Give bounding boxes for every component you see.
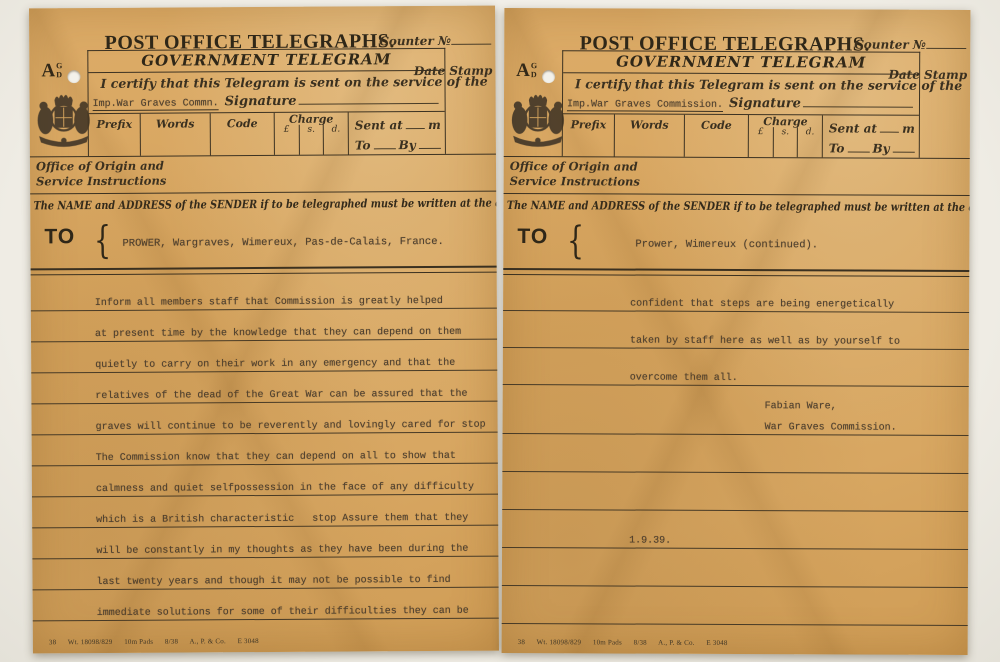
office-line-2: Service Instructions	[510, 174, 970, 191]
telegram-page-2: POST OFFICE TELEGRAPHS. Counter № A G D	[502, 8, 971, 655]
prefix-cell: Prefix	[89, 114, 141, 156]
form-code-bottom: D	[531, 71, 537, 80]
message-line	[502, 434, 968, 474]
message-line-text: at present time by the knowledge that th…	[95, 327, 461, 340]
message-line: Inform all members staff that Commission…	[31, 273, 497, 312]
message-line: taken by staff here as well as by yourse…	[503, 311, 969, 350]
message-line	[502, 586, 968, 626]
signature-line	[803, 92, 913, 108]
message-line-text: War Graves Commission.	[765, 422, 897, 434]
office-line-2: Service Instructions	[36, 172, 496, 190]
sent-at-row: Sent at m	[829, 117, 915, 136]
sender-notice-text: The NAME and ADDRESS of the SENDER if to…	[30, 192, 496, 213]
message-line-text: will be constantly in my thoughts as the…	[96, 544, 468, 557]
message-line: graves will continue to be reverently an…	[31, 402, 497, 436]
pounds-label: £	[275, 125, 300, 155]
code-cell: Code	[685, 115, 749, 157]
code-label: Code	[701, 119, 732, 132]
to-line	[847, 137, 869, 152]
to-section: TO { Prower, Wimereux (continued).	[503, 216, 969, 270]
royal-coat-of-arms-icon	[508, 90, 568, 154]
service-of-line: Imp.War Graves Commission. Signature	[563, 91, 919, 115]
charge-subcolumns: £ s. d.	[275, 125, 348, 155]
message-line: overcome them all.	[503, 348, 969, 387]
by-line	[419, 134, 441, 150]
message-line-text: Inform all members staff that Commission…	[95, 296, 443, 309]
certify-line: I certify that this Telegram is sent on …	[88, 71, 444, 91]
office-of-origin-block: Office of Origin and Service Instruction…	[504, 157, 970, 196]
form-header: POST OFFICE TELEGRAPHS. Counter № A G D	[29, 6, 496, 158]
sent-cell: Sent at m To By	[823, 116, 919, 158]
message-line: relatives of the dead of the Great War c…	[31, 371, 497, 405]
charges-table: Prefix Words Code Charge £ s. d.	[563, 114, 919, 158]
recipient-address: Prower, Wimereux (continued).	[635, 239, 818, 252]
message-line: which is a British characteristic stop A…	[32, 495, 498, 529]
message-line: The Commission know that they can depend…	[32, 433, 498, 467]
punch-hole	[67, 70, 80, 83]
message-line-text: calmness and quiet selfpossession in the…	[96, 482, 474, 495]
signature-label: Signature	[225, 94, 297, 109]
counter-no-line	[926, 37, 966, 49]
message-line: Fabian Ware,	[503, 385, 969, 414]
message-line	[502, 548, 968, 588]
print-code-footer: 38 Wt. 18098/829 10m Pads 8/38 A., P. & …	[518, 638, 728, 647]
brace-glyph: {	[94, 218, 111, 262]
sent-at-label: Sent at	[829, 121, 877, 135]
charge-cell: Charge £ s. d.	[275, 113, 349, 155]
prefix-cell: Prefix	[563, 115, 615, 157]
prefix-label: Prefix	[96, 118, 132, 131]
sent-m-label: m	[902, 122, 915, 136]
message-line-text: last twenty years and though it may not …	[97, 575, 451, 588]
sender-notice: The NAME and ADDRESS of the SENDER if to…	[30, 192, 496, 217]
prefix-label: Prefix	[571, 119, 607, 132]
message-line: last twenty years and though it may not …	[32, 557, 498, 591]
form-code-stack: G D	[56, 62, 62, 80]
counter-no-field: Counter №	[854, 37, 966, 52]
message-line: 1.9.39.	[502, 510, 968, 550]
message-line-text: 1.9.39.	[629, 536, 671, 547]
message-line: confident that steps are being energetic…	[503, 275, 969, 313]
to-small-label: To	[829, 141, 845, 155]
certify-line: I certify that this Telegram is sent on …	[563, 73, 919, 93]
charge-subcolumns: £ s. d.	[749, 127, 822, 157]
by-label: By	[872, 142, 889, 156]
charge-cell: Charge £ s. d.	[749, 115, 823, 157]
message-line-text: immediate solutions for some of their di…	[97, 606, 469, 619]
to-by-row: To By	[355, 134, 441, 153]
form-code: A G D	[516, 61, 537, 80]
message-line-text: which is a British characteristic stop A…	[96, 513, 468, 526]
sent-at-label: Sent at	[355, 118, 403, 132]
department-typed: Imp.War Graves Commn.	[93, 99, 219, 112]
date-stamp-label: Date Stamp	[414, 64, 493, 78]
message-line-text: overcome them all.	[630, 373, 738, 384]
to-line	[373, 134, 395, 150]
message-line: calmness and quiet selfpossession in the…	[32, 464, 498, 498]
department-typed: Imp.War Graves Commission.	[567, 100, 723, 113]
code-cell: Code	[211, 113, 275, 155]
to-label: TO	[44, 225, 75, 249]
brace-glyph: {	[567, 218, 584, 262]
message-line-text: The Commission know that they can depend…	[96, 451, 456, 464]
shillings-label: s.	[773, 128, 798, 158]
pounds-label: £	[749, 127, 774, 157]
service-of-line: Imp.War Graves Commn. Signature	[89, 89, 445, 114]
message-line: at present time by the knowledge that th…	[31, 309, 497, 343]
message-line: immediate solutions for some of their di…	[33, 588, 499, 622]
by-line	[893, 137, 915, 152]
charges-table: Prefix Words Code Charge £ s. d.	[89, 111, 445, 156]
form-header: POST OFFICE TELEGRAPHS. Counter № A G D	[504, 8, 971, 159]
counter-no-line	[451, 33, 491, 45]
counter-no-field: Counter №	[379, 33, 491, 48]
charge-label: Charge	[275, 114, 348, 125]
form-code-bottom: D	[56, 71, 62, 80]
signature-label: Signature	[729, 96, 801, 111]
to-section: TO { PROWER, Wargraves, Wimereux, Pas-de…	[30, 214, 496, 269]
form-code: A G D	[41, 61, 62, 80]
form-subtitle: GOVERNMENT TELEGRAM	[563, 51, 919, 75]
message-line-text: confident that steps are being energetic…	[630, 299, 894, 311]
sent-at-line	[406, 113, 425, 129]
message-line-text: Fabian Ware,	[765, 401, 837, 412]
form-code-letter: A	[516, 61, 530, 80]
sent-m-label: m	[428, 118, 441, 132]
message-line: quietly to carry on their work in any em…	[31, 340, 497, 374]
telegram-page-1: POST OFFICE TELEGRAPHS. Counter № A G D	[29, 6, 499, 654]
message-line	[502, 472, 968, 512]
words-label: Words	[156, 118, 195, 131]
words-label: Words	[630, 119, 669, 132]
pence-label: d.	[798, 128, 822, 158]
message-area: confident that steps are being energetic…	[502, 275, 970, 626]
print-code-footer: 38 Wt. 18098/829 10m Pads 8/38 A., P. & …	[49, 637, 259, 646]
message-line: War Graves Commission.	[503, 412, 969, 436]
shillings-label: s.	[299, 125, 324, 155]
pence-label: d.	[324, 125, 348, 155]
scanned-telegram-documents: POST OFFICE TELEGRAPHS. Counter № A G D	[0, 0, 1000, 662]
charge-label: Charge	[749, 116, 822, 127]
message-line-text: quietly to carry on their work in any em…	[95, 358, 455, 371]
sender-notice: The NAME and ADDRESS of the SENDER if to…	[504, 194, 970, 218]
recipient-address: PROWER, Wargraves, Wimereux, Pas-de-Cala…	[122, 236, 443, 250]
message-area: Inform all members staff that Commission…	[31, 273, 499, 622]
sent-at-line	[880, 117, 899, 132]
counter-no-label: Counter №	[379, 34, 451, 48]
by-label: By	[399, 138, 416, 152]
to-by-row: To By	[829, 137, 915, 156]
sent-at-row: Sent at m	[355, 113, 441, 132]
message-line: will be constantly in my thoughts as the…	[32, 526, 498, 560]
form-code-stack: G D	[531, 62, 537, 80]
message-line-text: taken by staff here as well as by yourse…	[630, 336, 900, 348]
to-small-label: To	[355, 138, 371, 152]
sender-notice-text: The NAME and ADDRESS of the SENDER if to…	[504, 194, 970, 215]
date-stamp-label: Date Stamp	[888, 68, 967, 82]
office-of-origin-block: Office of Origin and Service Instruction…	[30, 155, 496, 195]
words-cell: Words	[615, 115, 685, 157]
signature-line	[298, 89, 438, 105]
header-box: GOVERNMENT TELEGRAM I certify that this …	[562, 50, 920, 158]
royal-coat-of-arms-icon	[34, 90, 94, 154]
code-label: Code	[227, 117, 258, 130]
message-line-text: graves will continue to be reverently an…	[96, 420, 486, 433]
form-subtitle: GOVERNMENT TELEGRAM	[88, 49, 444, 73]
sent-cell: Sent at m To By	[349, 112, 445, 154]
form-code-letter: A	[41, 61, 55, 80]
message-line-text: relatives of the dead of the Great War c…	[95, 389, 467, 402]
counter-no-label: Counter №	[854, 37, 926, 51]
words-cell: Words	[141, 114, 211, 156]
header-box: GOVERNMENT TELEGRAM I certify that this …	[87, 48, 446, 156]
punch-hole	[542, 70, 555, 83]
to-label: TO	[517, 225, 548, 249]
